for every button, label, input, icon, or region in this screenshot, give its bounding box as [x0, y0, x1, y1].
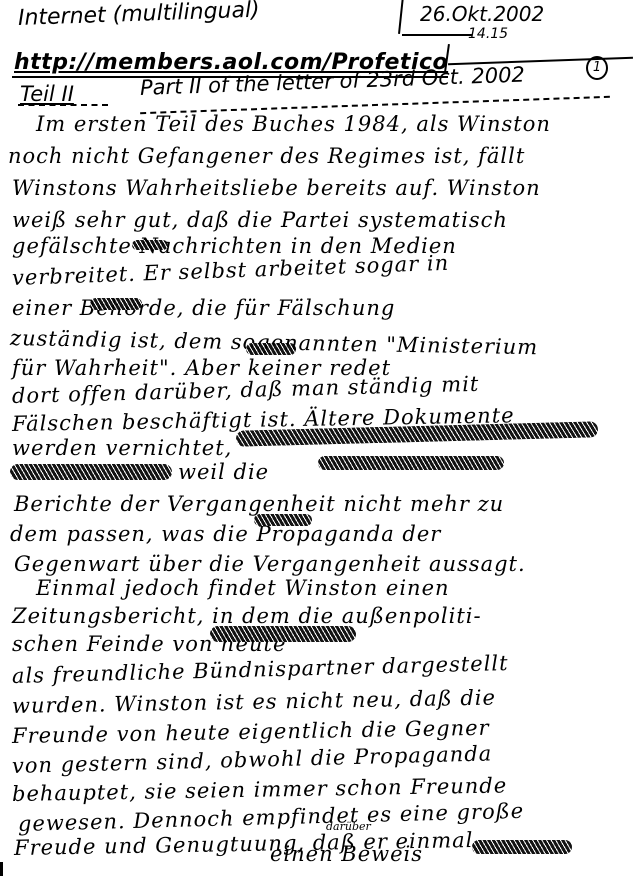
line-text: Zeitungsbericht, in dem die außenpoliti- [12, 604, 482, 628]
line-text: Gegenwart über die Vergangenheit aussagt… [14, 552, 526, 576]
line-text: Berichte der Vergangenheit nicht mehr zu [14, 492, 504, 516]
line-text: als freundliche Bündnispartner dargestel… [12, 651, 509, 688]
strikeout-scribble [90, 298, 142, 310]
strikeout-scribble [10, 464, 172, 480]
date-box-bottom [402, 34, 472, 36]
time-text: 14.15 [468, 26, 508, 42]
strikeout-scribble [472, 840, 572, 854]
strikeout-scribble [318, 456, 504, 470]
body-line-23: von gestern sind, obwohl die Propaganda [12, 741, 493, 778]
line-text: von gestern sind, obwohl die Propaganda [12, 741, 493, 778]
body-line-21: wurden. Winston ist es nicht neu, daß di… [12, 686, 496, 718]
body-line-16: Gegenwart über die Vergangenheit aussagt… [14, 552, 526, 576]
body-line-15: dem passen, was die Propaganda der [10, 522, 441, 546]
strikeout-scribble [210, 626, 356, 642]
body-line-2: noch nicht Gefangener des Regimes ist, f… [8, 144, 525, 168]
line-text: weiß sehr gut, daß die Partei systematis… [12, 208, 508, 232]
strikeout-scribble [254, 514, 312, 526]
line-text: Im ersten Teil des Buches 1984, als Wins… [36, 112, 551, 136]
strikeout-scribble [246, 343, 296, 355]
line-text: noch nicht Gefangener des Regimes ist, f… [8, 144, 525, 168]
body-line-17: Einmal jedoch findet Winston einen [36, 576, 450, 600]
line-text: Winstons Wahrheitsliebe bereits auf. Win… [12, 176, 541, 200]
line-text: einen Beweis [270, 842, 423, 866]
body-line-20: als freundliche Bündnispartner dargestel… [12, 651, 509, 688]
body-line-7: einer Behörde, die für Fälschung [12, 296, 395, 320]
date-box [398, 0, 404, 34]
strikeout-scribble [132, 240, 168, 250]
page-number-badge: 1 [586, 56, 608, 80]
header-title: Internet (multilingual) [18, 0, 261, 31]
body-line-14: Berichte der Vergangenheit nicht mehr zu [14, 492, 504, 516]
line-text: weil die [178, 460, 269, 484]
line-text: dem passen, was die Propaganda der [10, 522, 441, 546]
body-line-3: Winstons Wahrheitsliebe bereits auf. Win… [12, 176, 541, 200]
body-line-12: werden vernichtet, [12, 436, 232, 460]
body-line-27: einen Beweis [270, 842, 423, 866]
scanned-letter-page: Internet (multilingual) 26.Okt.2002 14.1… [0, 0, 638, 877]
line-text: werden vernichtet, [12, 436, 232, 460]
line-text: wurden. Winston ist es nicht neu, daß di… [12, 686, 496, 718]
body-line-1: Im ersten Teil des Buches 1984, als Wins… [36, 112, 551, 136]
body-line-4: weiß sehr gut, daß die Partei systematis… [12, 208, 508, 232]
body-line-18: Zeitungsbericht, in dem die außenpoliti- [12, 604, 482, 628]
date-text: 26.Okt.2002 [420, 2, 544, 26]
time-value: 14.15 [468, 26, 508, 42]
scan-mark [0, 862, 3, 876]
line-text: Einmal jedoch findet Winston einen [36, 576, 450, 600]
section-dashed-underline [18, 104, 108, 106]
body-line-13: weil die [178, 460, 269, 484]
section-de: Teil II [20, 82, 74, 106]
line-text: einer Behörde, die für Fälschung [12, 296, 395, 320]
